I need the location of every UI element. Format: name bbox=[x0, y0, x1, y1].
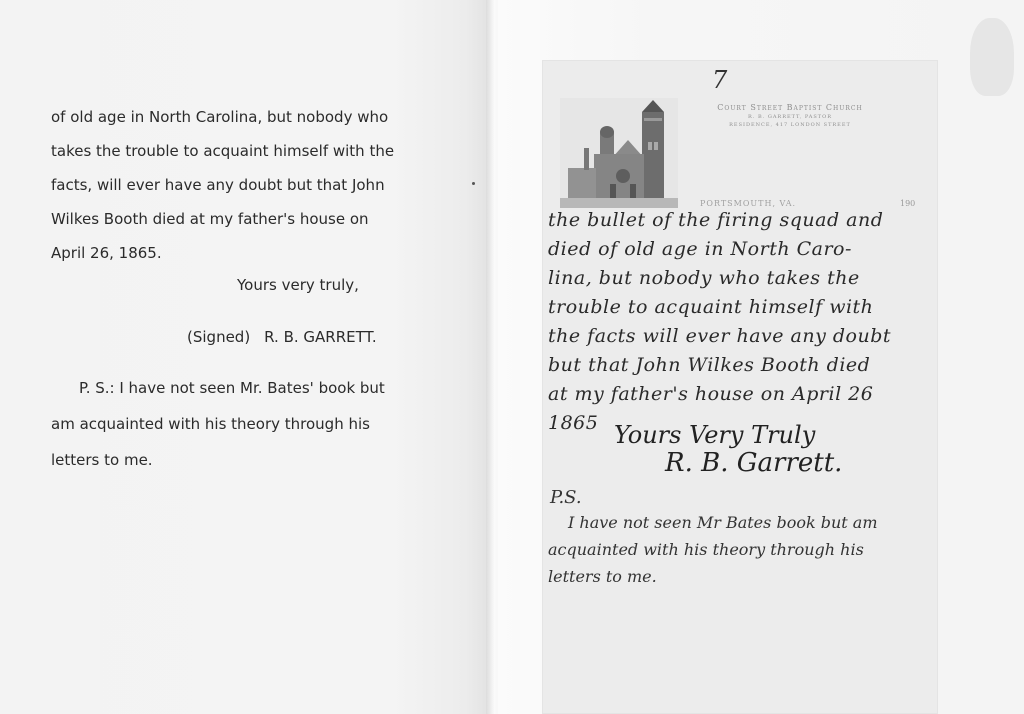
letterhead-church-name: Court Street Baptist Church bbox=[690, 103, 890, 112]
closing-text: Yours very truly, bbox=[237, 270, 421, 300]
handwritten-ps-line: letters to me. bbox=[548, 563, 948, 590]
handwritten-closing: Yours Very Truly bbox=[614, 421, 815, 449]
typeset-letter-text: of old age in North Carolina, but nobody… bbox=[51, 100, 421, 478]
handwritten-body: the bullet of the firing squad and died … bbox=[548, 206, 948, 438]
ps-line: P. S.: I have not seen Mr. Bates' book b… bbox=[51, 370, 421, 406]
paper-stain bbox=[970, 18, 1014, 96]
page-number: 7 bbox=[712, 66, 727, 94]
left-page: of old age in North Carolina, but nobody… bbox=[0, 0, 490, 714]
handwritten-line: trouble to acquaint himself with bbox=[548, 293, 948, 322]
church-letterhead: Court Street Baptist Church R. B. GARRET… bbox=[690, 103, 890, 128]
handwritten-line: the facts will ever have any doubt bbox=[548, 322, 948, 351]
body-line: of old age in North Carolina, but nobody… bbox=[51, 100, 421, 134]
ps-line: am acquainted with his theory through hi… bbox=[51, 406, 421, 442]
handwritten-ps-label: P.S. bbox=[550, 487, 582, 508]
body-line: takes the trouble to acquaint himself wi… bbox=[51, 134, 421, 168]
handwritten-line: but that John Wilkes Booth died bbox=[548, 351, 948, 380]
letterhead-residence: RESIDENCE, 417 LONDON STREET bbox=[690, 122, 890, 128]
handwritten-ps-line: I have not seen Mr Bates book but am bbox=[548, 509, 948, 536]
handwritten-line: at my father's house on April 26 bbox=[548, 380, 948, 409]
body-line: facts, will ever have any doubt but that… bbox=[51, 168, 421, 202]
handwritten-line: lina, but nobody who takes the bbox=[548, 264, 948, 293]
signed-name: R. B. GARRETT. bbox=[264, 328, 377, 346]
handwritten-ps: I have not seen Mr Bates book but am acq… bbox=[548, 509, 948, 590]
body-line: Wilkes Booth died at my father's house o… bbox=[51, 202, 421, 236]
body-line: April 26, 1865. bbox=[51, 236, 421, 270]
handwritten-signature: R. B. Garrett. bbox=[665, 448, 842, 478]
signature-block: (Signed)R. B. GARRETT. bbox=[187, 322, 421, 352]
handwritten-line: died of old age in North Caro- bbox=[548, 235, 948, 264]
handwritten-ps-line: acquainted with his theory through his bbox=[548, 536, 948, 563]
handwritten-line: the bullet of the firing squad and bbox=[548, 206, 948, 235]
book-spread: of old age in North Carolina, but nobody… bbox=[0, 0, 1024, 714]
speck bbox=[472, 182, 475, 185]
church-illustration-icon bbox=[560, 98, 678, 208]
ps-line: letters to me. bbox=[51, 442, 421, 478]
letterhead-pastor: R. B. GARRETT, PASTOR bbox=[690, 114, 890, 120]
signed-label: (Signed) bbox=[187, 328, 250, 346]
